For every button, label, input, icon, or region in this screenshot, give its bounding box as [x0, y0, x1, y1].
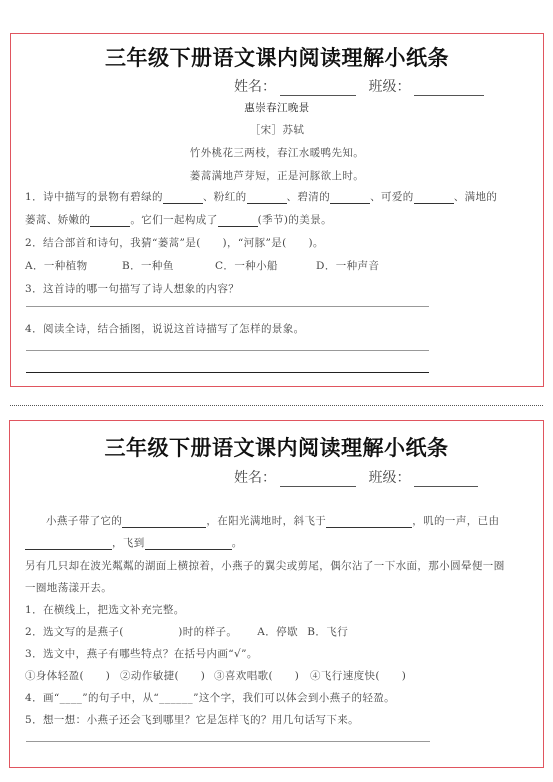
- answer-line-q4-1[interactable]: [26, 350, 429, 351]
- option-2[interactable]: ②动作敏捷( ): [120, 668, 214, 683]
- class-field[interactable]: [414, 472, 478, 487]
- option-a[interactable]: A．一种植物: [25, 258, 122, 273]
- poem-line-1: 竹外桃花三两枝，春江水暖鸭先知。: [11, 145, 543, 160]
- question-3: 3．选文中，燕子有哪些特点？在括号内画“√”。: [25, 646, 258, 661]
- question-3-options: ①身体轻盈( )②动作敏捷( )③喜欢唱歌( )④飞行速度快( ): [25, 668, 406, 683]
- name-class-row: 姓名： 班级：: [234, 76, 492, 96]
- option-c[interactable]: C．一种小船: [215, 258, 316, 273]
- question-3: 3．这首诗的哪一句描写了诗人想象的内容？: [25, 281, 239, 296]
- option-d[interactable]: D．一种声音: [316, 258, 379, 273]
- class-label: 班级：: [368, 79, 410, 95]
- question-1-line-1: 1．诗中描写的景物有碧绿的、粉红的、碧清的、可爱的、满地的: [25, 189, 497, 204]
- question-5: 5．想一想：小燕子还会飞到哪里？它是怎样飞的？用几句话写下来。: [25, 712, 359, 727]
- answer-blank[interactable]: [247, 192, 287, 204]
- question-1: 1．在横线上，把选文补充完整。: [25, 602, 185, 617]
- option-1[interactable]: ①身体轻盈( ): [25, 668, 120, 683]
- option-4[interactable]: ④飞行速度快( ): [310, 668, 406, 683]
- passage-blank[interactable]: [25, 538, 112, 550]
- poem-title: 惠崇春江晚景: [11, 100, 543, 115]
- worksheet-card-swallow: 三年级下册语文课内阅读理解小纸条 姓名： 班级： 小燕子带了它的，在阳光满地时，…: [9, 420, 544, 768]
- worksheet-title: 三年级下册语文课内阅读理解小纸条: [10, 432, 543, 462]
- answer-line-q5[interactable]: [26, 741, 430, 742]
- passage-blank[interactable]: [145, 538, 232, 550]
- passage-blank[interactable]: [326, 516, 412, 528]
- worksheet-title: 三年级下册语文课内阅读理解小纸条: [11, 42, 543, 72]
- worksheet-card-poem: 三年级下册语文课内阅读理解小纸条 姓名： 班级： 惠崇春江晚景 ［宋］苏轼 竹外…: [10, 33, 544, 387]
- answer-blank[interactable]: [163, 192, 203, 204]
- name-field[interactable]: [280, 472, 356, 487]
- class-field[interactable]: [414, 81, 484, 96]
- answer-line-q3[interactable]: [26, 306, 429, 307]
- passage-line-2: ，飞到。: [25, 535, 243, 550]
- option-b[interactable]: B．一种鱼: [122, 258, 215, 273]
- answer-blank[interactable]: [414, 192, 454, 204]
- poem-author: ［宋］苏轼: [11, 122, 543, 137]
- option-3[interactable]: ③喜欢唱歌( ): [214, 668, 310, 683]
- question-2: 2．结合部首和诗句，我猜“蒌蒿”是( )，“河豚”是( )。: [25, 235, 324, 250]
- class-label: 班级：: [368, 470, 410, 486]
- option-b[interactable]: B．飞行: [307, 624, 348, 639]
- passage-line-3: 另有几只却在波光粼粼的湖面上横掠着，小燕子的翼尖或剪尾，偶尔沾了一下水面，那小圆…: [25, 558, 505, 573]
- passage-line-1: 小燕子带了它的，在阳光满地时，斜飞于，叽的一声，已由: [46, 513, 499, 528]
- answer-blank[interactable]: [90, 215, 130, 227]
- question-4: 4．画“____”的句子中，从“______”这个字，我们可以体会到小燕子的轻盈…: [25, 690, 395, 705]
- poem-line-2: 蒌蒿满地芦芽短，正是河豚欲上时。: [11, 168, 543, 183]
- name-label: 姓名：: [234, 79, 276, 95]
- name-field[interactable]: [280, 81, 356, 96]
- question-4: 4．阅读全诗，结合插图，说说这首诗描写了怎样的景象。: [25, 321, 305, 336]
- cut-line-divider: [10, 405, 543, 406]
- answer-blank[interactable]: [218, 215, 258, 227]
- option-a[interactable]: A．停歇: [257, 624, 307, 639]
- answer-line-q4-2[interactable]: [26, 372, 429, 373]
- passage-blank[interactable]: [122, 516, 206, 528]
- question-2: 2．选文写的是燕子( )时的样子。A．停歇B．飞行: [25, 624, 348, 639]
- passage-line-4: 一圈地荡漾开去。: [25, 580, 112, 595]
- question-2-options: A．一种植物B．一种鱼C．一种小船D．一种声音: [25, 258, 379, 273]
- answer-blank[interactable]: [330, 192, 370, 204]
- name-class-row: 姓名： 班级：: [234, 467, 486, 487]
- name-label: 姓名：: [234, 470, 276, 486]
- question-1-line-2: 蒌蒿、娇嫩的。它们一起构成了(季节)的美景。: [25, 212, 332, 227]
